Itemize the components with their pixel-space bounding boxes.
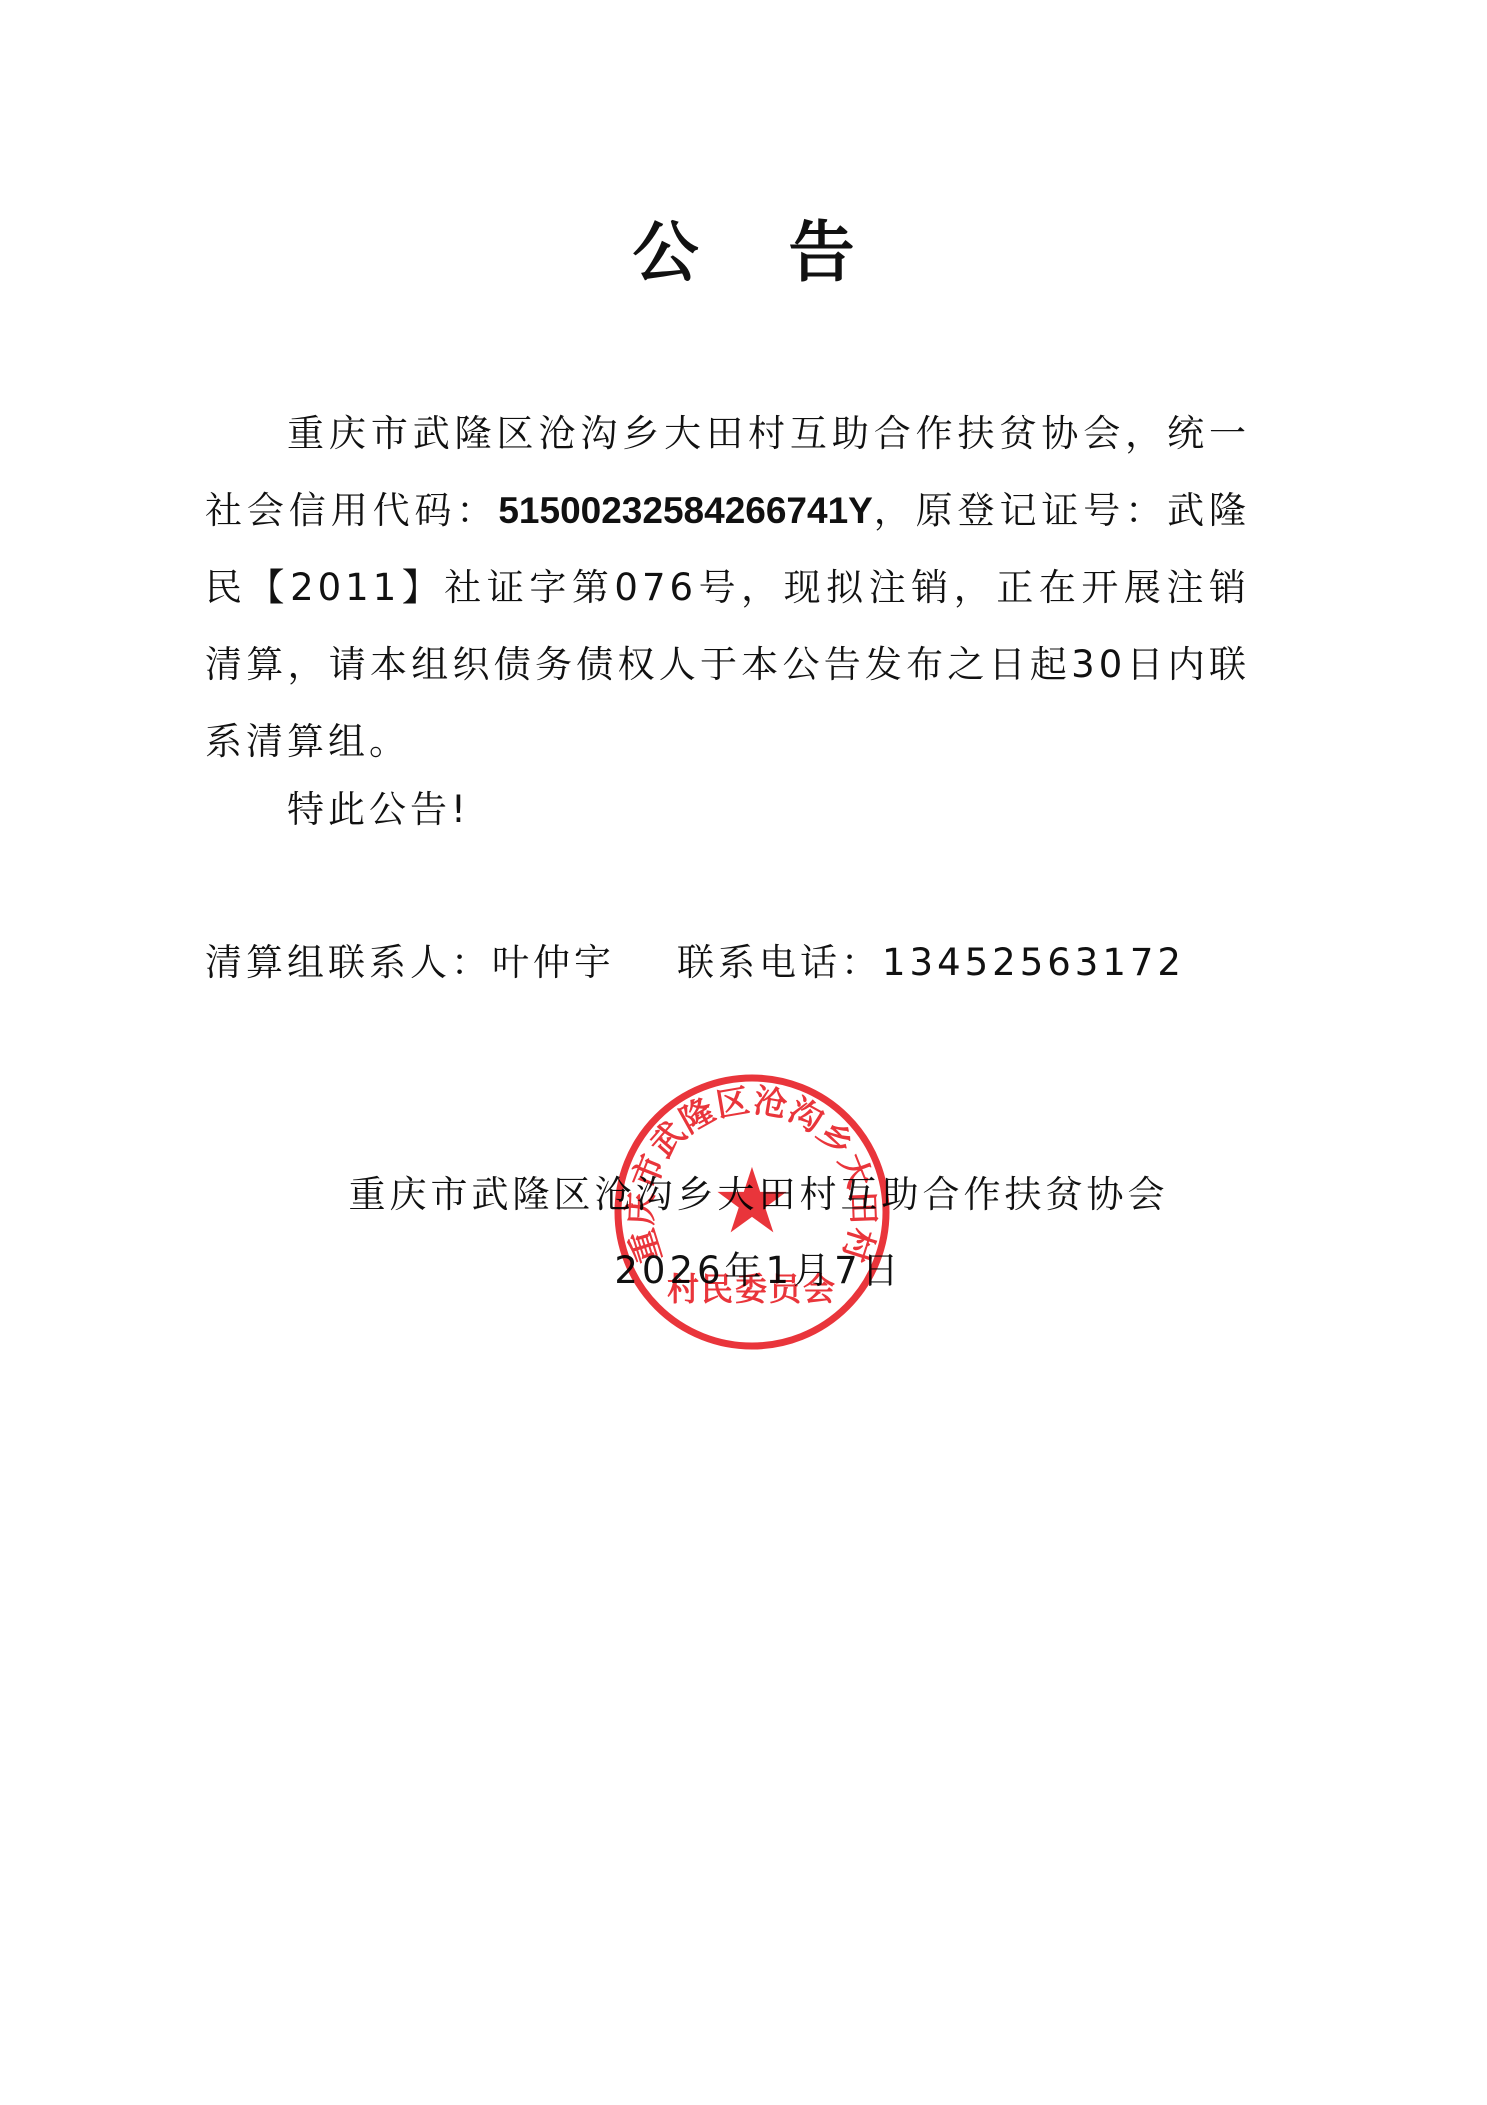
contact-phone-label: 联系电话：	[677, 941, 882, 984]
closing-statement: 特此公告!	[287, 785, 470, 835]
announcement-page: 公告 重庆市武隆区沧沟乡大田村互助合作扶贫协会，统一社会信用代码：5150023…	[0, 0, 1487, 2105]
page-title: 公告	[0, 212, 1487, 292]
credit-code: 51500232584266741Y	[498, 490, 873, 531]
contact-person-label: 清算组联系人：	[205, 941, 492, 984]
contact-person-name: 叶仲宇	[492, 941, 615, 984]
seal-bottom-text: 村民委员会	[667, 1270, 837, 1308]
contact-phone: 13452563172	[882, 941, 1185, 984]
title-char-2: 告	[789, 212, 855, 292]
title-char-1: 公	[633, 212, 699, 292]
official-seal-icon: 重庆市武隆区沧沟乡大田村 ★ 村民委员会	[612, 1072, 892, 1352]
main-paragraph: 重庆市武隆区沧沟乡大田村互助合作扶贫协会，统一社会信用代码：5150023258…	[205, 395, 1250, 780]
announcement-body: 重庆市武隆区沧沟乡大田村互助合作扶贫协会，统一社会信用代码：5150023258…	[205, 395, 1250, 780]
contact-line: 清算组联系人：叶仲宇联系电话：13452563172	[205, 938, 1185, 988]
seal-star-icon: ★	[712, 1149, 793, 1254]
